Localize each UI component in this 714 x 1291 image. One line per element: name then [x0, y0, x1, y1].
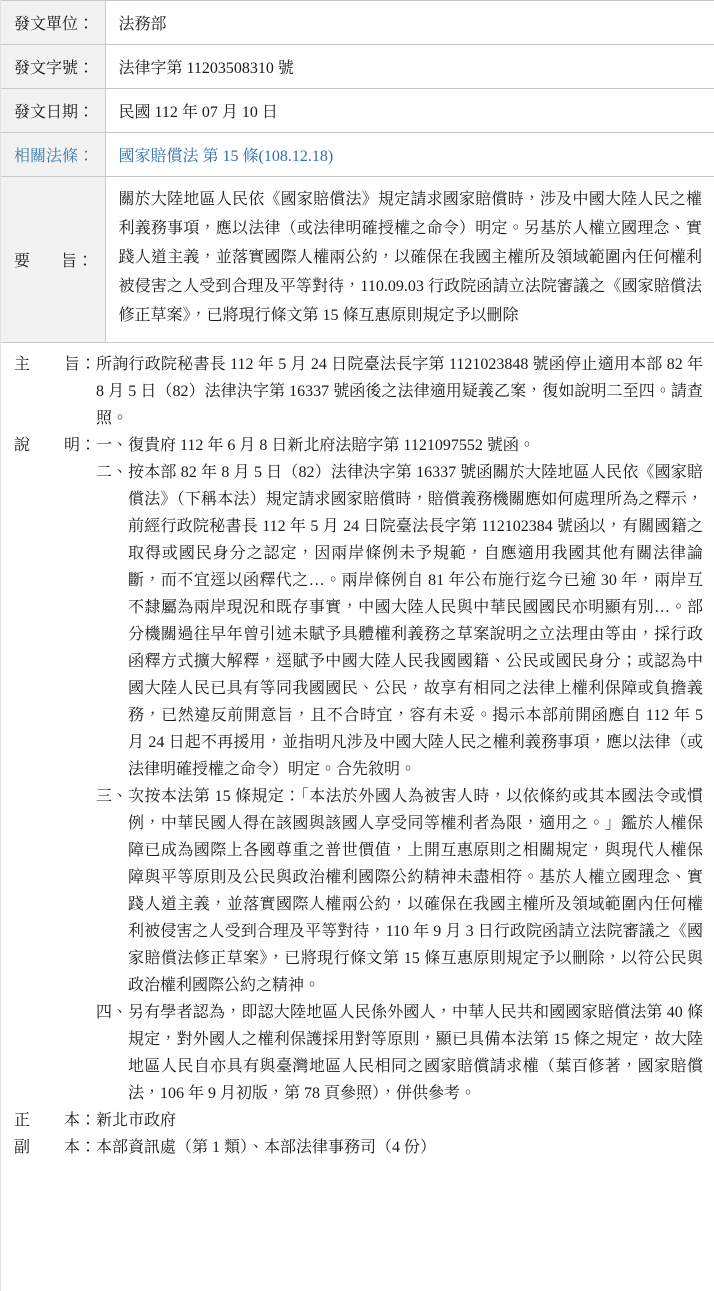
carbon-copy-label-char-1: 副: [14, 1134, 30, 1161]
list-item-3-marker: 三、: [96, 783, 128, 999]
letter-body: 主 旨： 所詢行政院秘書長 112 年 5 月 24 日院臺法長字第 11210…: [1, 343, 714, 1175]
doc-date-label: 發文日期：: [1, 89, 105, 133]
document-meta-table: 發文單位： 法務部 發文字號： 法律字第 11203508310 號 發文日期：…: [1, 0, 714, 343]
issuing-unit-label: 發文單位：: [1, 1, 105, 45]
original-copy-row: 正 本： 新北市政府: [14, 1107, 703, 1134]
original-copy-text: 新北市政府: [96, 1107, 703, 1134]
explanation-label-char-2: 明：: [64, 432, 96, 1107]
subject-text: 所詢行政院秘書長 112 年 5 月 24 日院臺法長字第 1121023848…: [96, 351, 703, 432]
doc-date-value: 民國 112 年 07 月 10 日: [105, 89, 714, 133]
document-page: 發文單位： 法務部 發文字號： 法律字第 11203508310 號 發文日期：…: [0, 0, 714, 1291]
table-row-related-law: 相關法條： 國家賠償法 第 15 條(108.12.18): [1, 133, 714, 177]
doc-number-label: 發文字號：: [1, 45, 105, 89]
related-law-value: 國家賠償法 第 15 條(108.12.18): [105, 133, 714, 177]
list-item-1: 一、 復貴府 112 年 6 月 8 日新北府法賠字第 1121097552 號…: [96, 432, 703, 459]
list-item-4-text: 另有學者認為，即認大陸地區人民係外國人，中華人民共和國國家賠償法第 40 條規定…: [128, 999, 703, 1107]
original-copy-label-char-2: 本：: [64, 1107, 96, 1134]
abstract-text: 關於大陸地區人民依《國家賠償法》規定請求國家賠償時，涉及中國大陸人民之權利義務事…: [105, 177, 714, 343]
explanation-label-char-1: 說: [14, 432, 30, 1107]
list-item-2-marker: 二、: [96, 459, 128, 783]
explanation-label: 說 明：: [14, 432, 96, 1107]
list-item-2-text: 按本部 82 年 8 月 5 日（82）法律決字第 16337 號函關於大陸地區…: [128, 459, 703, 783]
explanation-items: 一、 復貴府 112 年 6 月 8 日新北府法賠字第 1121097552 號…: [96, 432, 703, 1107]
explanation-row: 說 明： 一、 復貴府 112 年 6 月 8 日新北府法賠字第 1121097…: [14, 432, 703, 1107]
abstract-label-char-2: 旨：: [61, 248, 93, 271]
list-item-2: 二、 按本部 82 年 8 月 5 日（82）法律決字第 16337 號函關於大…: [96, 459, 703, 783]
carbon-copy-label: 副 本：: [14, 1134, 96, 1161]
issuing-unit-value: 法務部: [105, 1, 714, 45]
doc-number-label-text: 發文字號：: [14, 60, 94, 77]
doc-number-value: 法律字第 11203508310 號: [105, 45, 714, 89]
abstract-label-char-1: 要: [14, 248, 30, 271]
abstract-label: 要 旨：: [1, 177, 105, 343]
abstract-label-text: 要 旨：: [14, 248, 93, 271]
doc-date-label-text: 發文日期：: [14, 104, 94, 121]
table-row-doc-date: 發文日期： 民國 112 年 07 月 10 日: [1, 89, 714, 133]
carbon-copy-row: 副 本： 本部資訊處（第 1 類）、本部法律事務司（4 份）: [14, 1134, 703, 1161]
subject-label-char-1: 主: [14, 351, 30, 432]
subject-row: 主 旨： 所詢行政院秘書長 112 年 5 月 24 日院臺法長字第 11210…: [14, 351, 703, 432]
subject-label-char-2: 旨：: [64, 351, 96, 432]
carbon-copy-text: 本部資訊處（第 1 類）、本部法律事務司（4 份）: [96, 1134, 703, 1161]
related-law-link[interactable]: 國家賠償法 第 15 條(108.12.18): [119, 148, 334, 165]
original-copy-label-char-1: 正: [14, 1107, 30, 1134]
list-item-1-text: 復貴府 112 年 6 月 8 日新北府法賠字第 1121097552 號函。: [128, 432, 703, 459]
table-row-abstract: 要 旨： 關於大陸地區人民依《國家賠償法》規定請求國家賠償時，涉及中國大陸人民之…: [1, 177, 714, 343]
original-copy-label: 正 本：: [14, 1107, 96, 1134]
issuing-unit-label-text: 發文單位：: [14, 16, 94, 33]
related-law-label: 相關法條：: [1, 133, 105, 177]
related-law-label-text: 相關法條：: [14, 148, 94, 165]
table-row-doc-number: 發文字號： 法律字第 11203508310 號: [1, 45, 714, 89]
list-item-4: 四、 另有學者認為，即認大陸地區人民係外國人，中華人民共和國國家賠償法第 40 …: [96, 999, 703, 1107]
carbon-copy-label-char-2: 本：: [64, 1134, 96, 1161]
list-item-4-marker: 四、: [96, 999, 128, 1107]
list-item-3-text: 次按本法第 15 條規定：「本法於外國人為被害人時，以依條約或其本國法令或慣例，…: [128, 783, 703, 999]
list-item-3: 三、 次按本法第 15 條規定：「本法於外國人為被害人時，以依條約或其本國法令或…: [96, 783, 703, 999]
subject-label: 主 旨：: [14, 351, 96, 432]
table-row-issuing-unit: 發文單位： 法務部: [1, 1, 714, 45]
list-item-1-marker: 一、: [96, 432, 128, 459]
